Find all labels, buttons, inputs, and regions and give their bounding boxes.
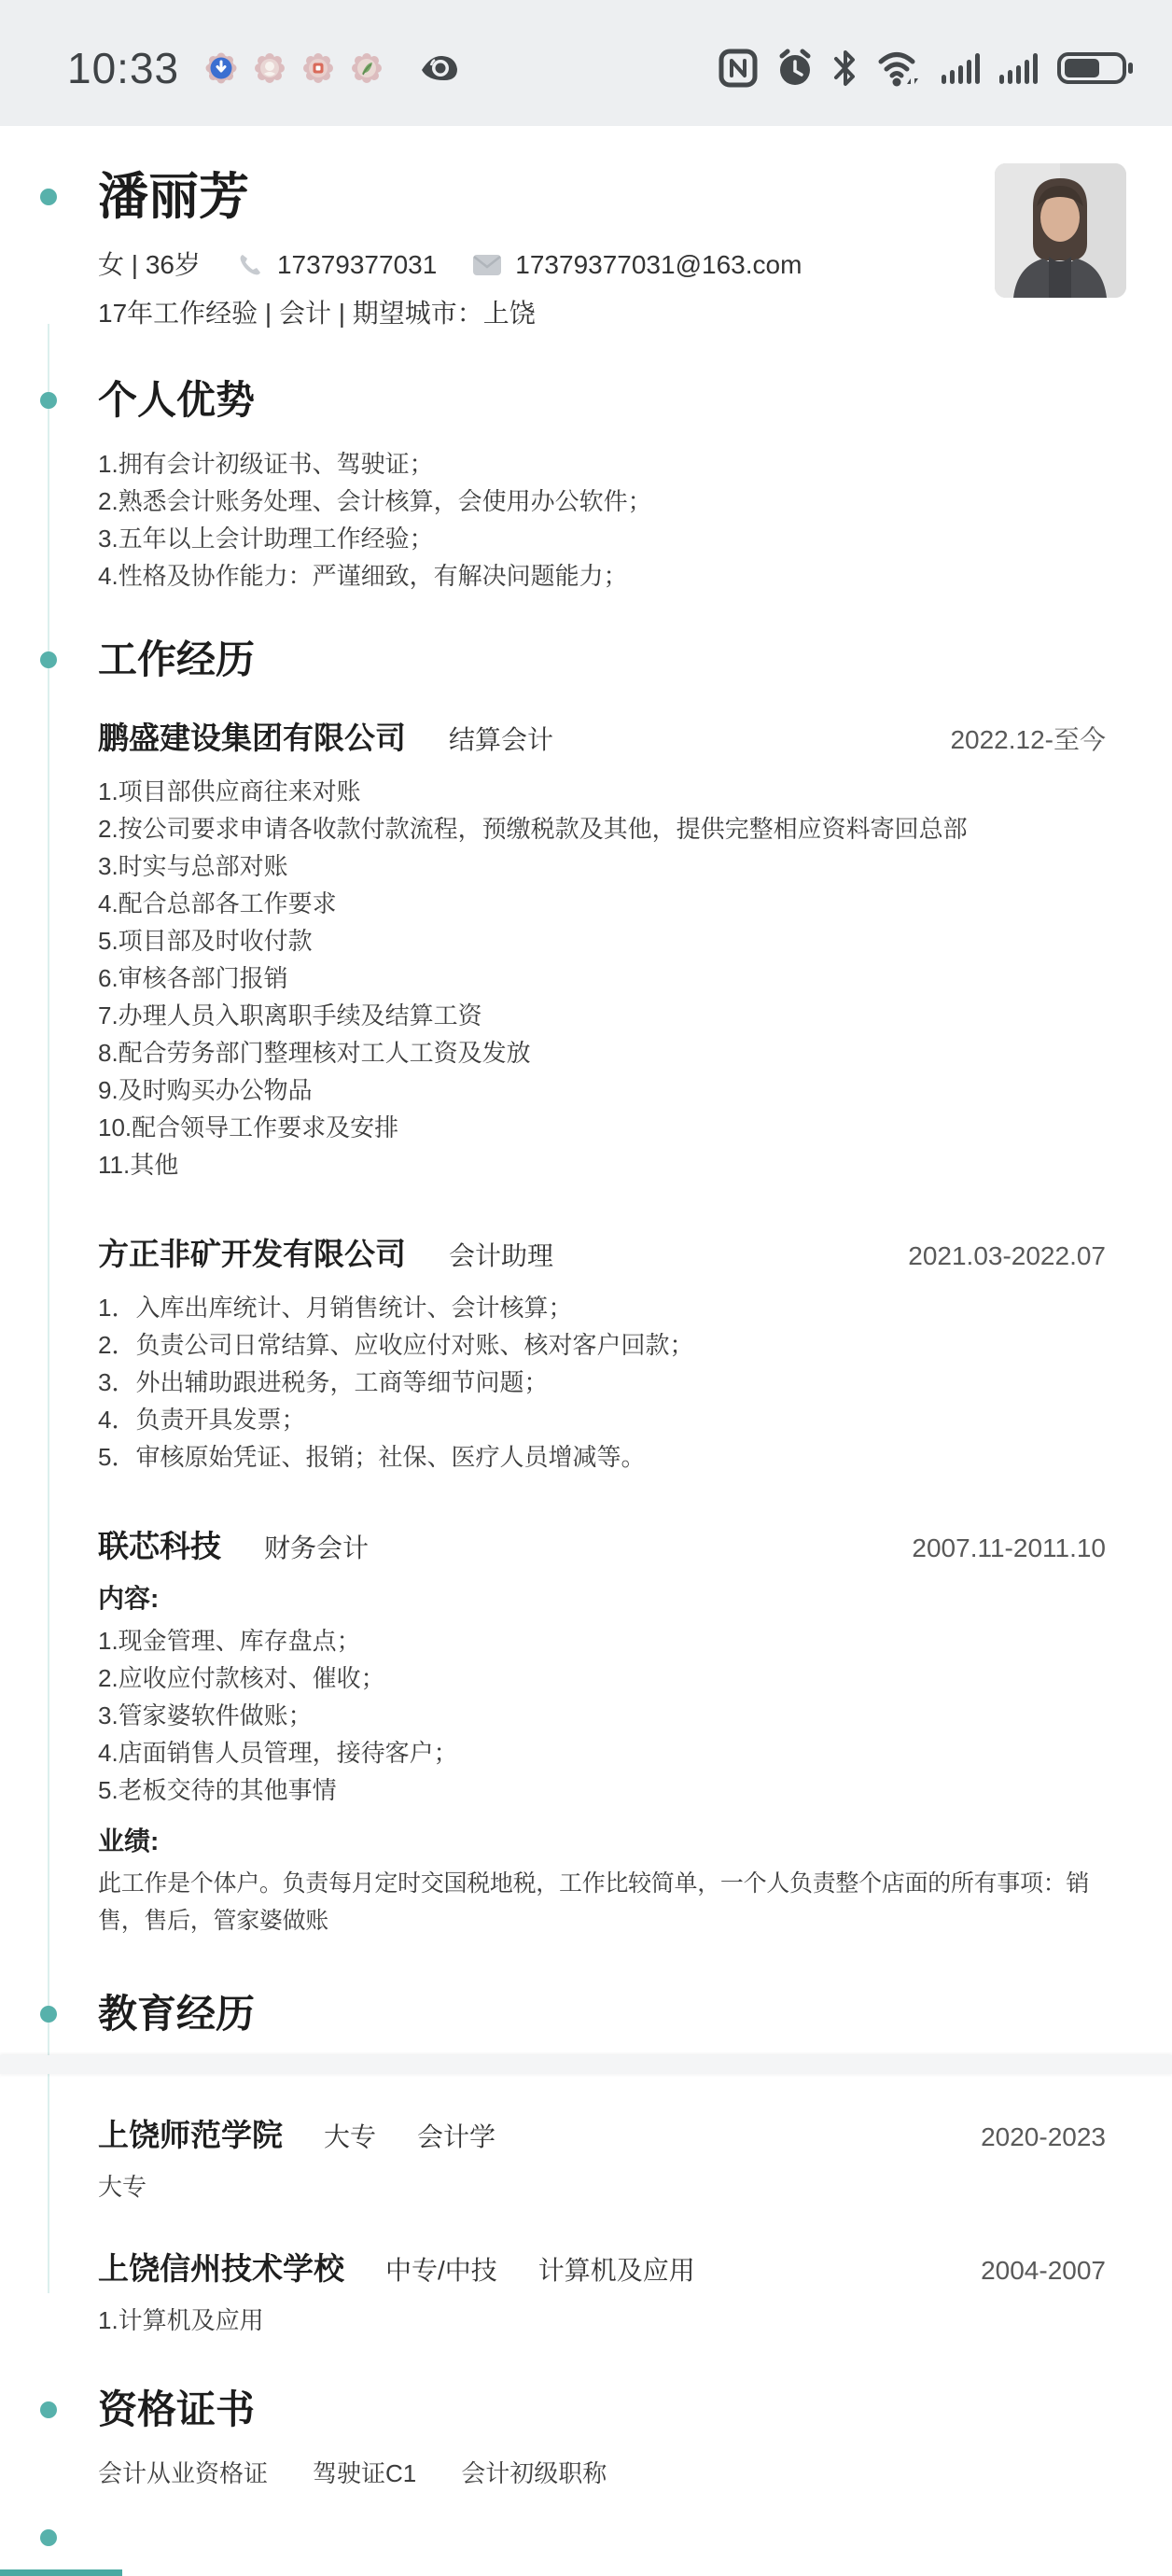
certificate-item: 会计初级职称 (461, 2457, 607, 2490)
wifi-icon (875, 49, 924, 88)
eye-protection-icon (418, 49, 461, 87)
email-address[interactable]: 17379377031@163.com (515, 249, 802, 281)
duty-item: 2.按公司要求申请各收款付款流程，预缴税款及其他，提供完整相应资料寄回总部 (98, 810, 1106, 847)
resume-page: 潘丽芳 女 | 36岁 17379377031 (0, 126, 1172, 2548)
job-entry: 联芯科技 财务会计 2007.11-2011.10 内容: 1.现金管理、库存盘… (98, 1522, 1106, 1939)
duty-item: 4.店面销售人员管理，接待客户； (98, 1734, 1106, 1771)
school-degree: 中专/中技 (385, 2250, 497, 2288)
signal-strength-icon-sim2 (998, 49, 1039, 88)
job-period: 2007.11-2011.10 (912, 1533, 1106, 1563)
certificate-item: 会计从业资格证 (98, 2457, 268, 2490)
duty-item: 2．负责公司日常结算、应收应付对账、核对客户回款； (98, 1326, 1106, 1364)
school-degree: 大专 (324, 2117, 376, 2154)
section-dot (40, 392, 57, 409)
phone-number[interactable]: 17379377031 (277, 249, 437, 281)
job-entry: 方正非矿开发有限公司 会计助理 2021.03-2022.07 1．入库出库统计… (98, 1230, 1106, 1476)
company-name: 方正非矿开发有限公司 (98, 1230, 406, 1274)
duty-item: 4.配合总部各工作要求 (98, 885, 1106, 922)
section-dot (40, 2006, 57, 2023)
timeline-end (98, 2529, 1106, 2548)
duty-item: 5．审核原始凭证、报销；社保、医疗人员增减等。 (98, 1438, 1106, 1476)
duty-item: 5.老板交待的其他事情 (98, 1771, 1106, 1809)
notification-icons (203, 50, 384, 86)
duty-item: 1．入库出库统计、月销售统计、会计核算； (98, 1289, 1106, 1326)
education-entry: 上饶信州技术学校 中专/中技 计算机及应用 2004-2007 1.计算机及应用 (98, 2245, 1106, 2337)
bottom-accent-bar (0, 2569, 122, 2576)
job-period: 2022.12-至今 (950, 720, 1106, 757)
duty-item: 6.审核各部门报销 (98, 959, 1106, 997)
flower-notification-icon-3 (349, 50, 384, 86)
signal-strength-icon-sim1 (941, 49, 982, 88)
alarm-clock-icon (774, 49, 816, 88)
phone-icon (236, 251, 264, 279)
school-major: 会计学 (417, 2117, 495, 2154)
education-entry: 上饶师范学院 大专 会计学 2020-2023 大专 (98, 2111, 1106, 2204)
section-dot (40, 189, 57, 205)
job-achievement-label: 业绩: (98, 1824, 1106, 1859)
profile-summary: 17年工作经验 | 会计 | 期望城市：上饶 (98, 298, 1106, 329)
duty-item: 1.项目部供应商往来对账 (98, 773, 1106, 810)
advantage-item: 2.熟悉会计账务处理、会计核算，会使用办公软件； (98, 483, 1106, 520)
section-dot (40, 2529, 57, 2546)
certificates-title: 资格证书 (98, 2387, 1106, 2432)
job-role: 会计助理 (449, 1236, 553, 1273)
section-dot (40, 651, 57, 668)
job-achievement-text: 此工作是个体户。负责每月定时交国税地税，工作比较简单，一个人负责整个店面的所有事… (98, 1865, 1106, 1939)
resume-header: 潘丽芳 女 | 36岁 17379377031 (98, 126, 1106, 329)
duty-item: 5.项目部及时收付款 (98, 922, 1106, 959)
section-education: 教育经历 (98, 1992, 1106, 2037)
page-break-band (0, 2055, 1172, 2074)
status-bar: 10:33 (0, 0, 1172, 126)
app-update-notification-icon (203, 50, 239, 86)
duty-item: 3．外出辅助跟进税务，工商等细节问题； (98, 1364, 1106, 1401)
job-role: 结算会计 (449, 720, 553, 757)
company-name: 联芯科技 (98, 1522, 221, 1566)
duty-item: 2.应收应付款核对、催收； (98, 1659, 1106, 1697)
school-name: 上饶信州技术学校 (98, 2245, 344, 2289)
education-title: 教育经历 (98, 1992, 1106, 2037)
duty-item: 4．负责开具发票； (98, 1401, 1106, 1438)
battery-icon (1056, 49, 1135, 88)
duty-item: 8.配合劳务部门整理核对工人工资及发放 (98, 1034, 1106, 1071)
section-certificates: 资格证书 会计从业资格证 驾驶证C1 会计初级职称 (98, 2387, 1106, 2490)
email-icon (472, 253, 502, 277)
phone-screen: 10:33 (0, 0, 1172, 2576)
advantage-title: 个人优势 (98, 378, 1106, 423)
certificate-item: 驾驶证C1 (313, 2457, 416, 2490)
candidate-name: 潘丽芳 (98, 169, 1106, 225)
school-note: 1.计算机及应用 (98, 2303, 1106, 2337)
status-right-icons (719, 49, 1135, 88)
advantage-item: 4.性格及协作能力：严谨细致，有解决问题能力； (98, 557, 1106, 595)
duty-item: 10.配合领导工作要求及安排 (98, 1109, 1106, 1146)
section-dot (40, 2401, 57, 2418)
nfc-icon (719, 49, 758, 88)
profile-photo[interactable] (995, 163, 1126, 298)
flower-notification-icon-1 (252, 50, 287, 86)
duty-item: 1.现金管理、库存盘点； (98, 1622, 1106, 1659)
school-note: 大专 (98, 2170, 1106, 2204)
advantage-item: 3.五年以上会计助理工作经验； (98, 520, 1106, 557)
work-title: 工作经历 (98, 637, 1106, 682)
bluetooth-icon (832, 49, 858, 88)
job-entry: 鹏盛建设集团有限公司 结算会计 2022.12-至今 1.项目部供应商往来对账 … (98, 714, 1106, 1183)
school-major: 计算机及应用 (538, 2250, 695, 2288)
advantage-item: 1.拥有会计初级证书、驾驶证； (98, 445, 1106, 483)
flower-notification-icon-2 (300, 50, 336, 86)
duty-item: 9.及时购买办公物品 (98, 1071, 1106, 1109)
duty-item: 3.管家婆软件做账； (98, 1697, 1106, 1734)
duty-item: 11.其他 (98, 1146, 1106, 1183)
school-name: 上饶师范学院 (98, 2111, 283, 2155)
school-period: 2020-2023 (981, 2122, 1106, 2152)
section-advantage: 个人优势 1.拥有会计初级证书、驾驶证； 2.熟悉会计账务处理、会计核算，会使用… (98, 378, 1106, 595)
duty-item: 7.办理人员入职离职手续及结算工资 (98, 997, 1106, 1034)
job-content-label: 内容: (98, 1581, 1106, 1617)
gender-age: 女 | 36岁 (98, 249, 201, 281)
contact-row: 女 | 36岁 17379377031 (98, 249, 1106, 281)
school-period: 2004-2007 (981, 2256, 1106, 2286)
company-name: 鹏盛建设集团有限公司 (98, 714, 406, 758)
duty-item: 3.时实与总部对账 (98, 847, 1106, 885)
job-role: 财务会计 (264, 1528, 369, 1565)
clock-time: 10:33 (67, 43, 179, 93)
section-work-experience: 工作经历 鹏盛建设集团有限公司 结算会计 2022.12-至今 1.项目部供应商… (98, 637, 1106, 1939)
job-period: 2021.03-2022.07 (908, 1241, 1106, 1271)
